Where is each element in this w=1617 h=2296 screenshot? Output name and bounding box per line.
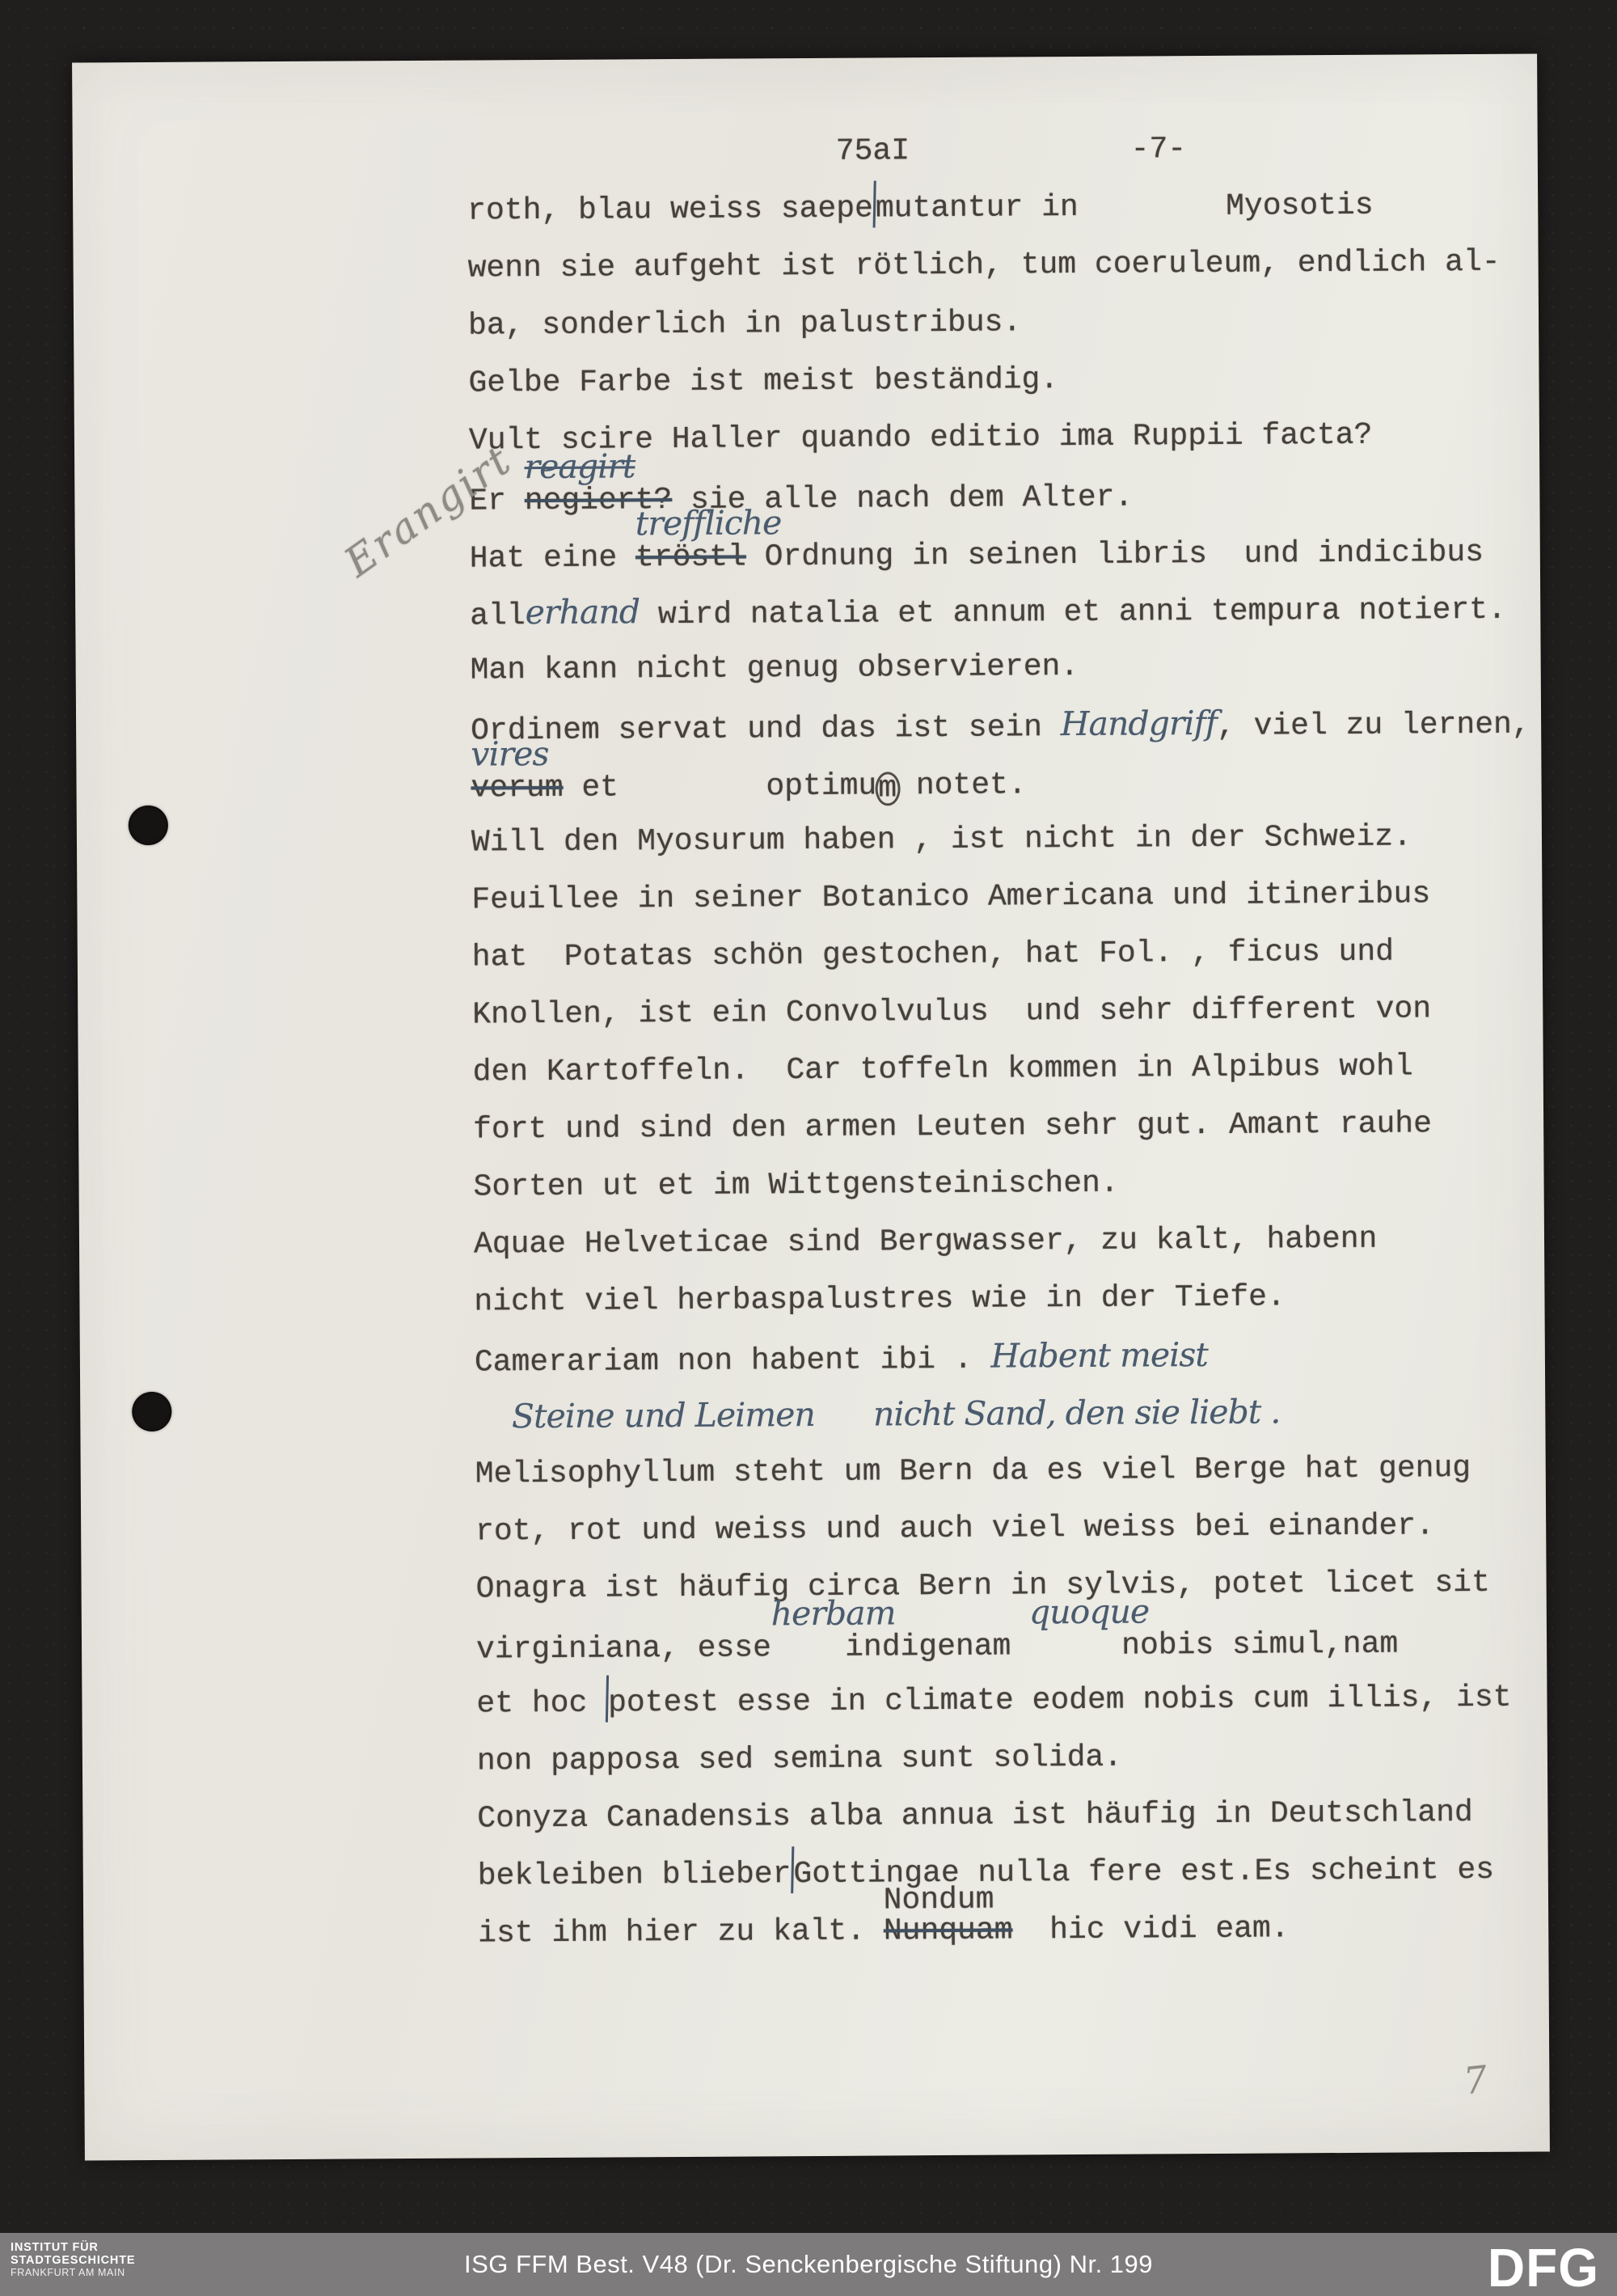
typed-text: fort und sind den armen Leuten sehr gut.… [473, 1106, 1432, 1147]
scanned-archive-page: { "colors": { "paper": "#e9e7e0", "backg… [0, 0, 1617, 2296]
archive-footer-bar: INSTITUT FÜR STADTGESCHICHTE FRANKFURT A… [0, 2233, 1617, 2296]
text-line: hat Potatas schön gestochen, hat Fol. , … [472, 923, 1532, 987]
typed-text: Knollen, ist ein Convolvulus und sehr di… [472, 992, 1431, 1032]
text-line: virginiana, esseherbam indigenam quoque … [476, 1612, 1536, 1676]
pencil-page-number: 7 [1461, 2057, 1489, 2104]
typed-text: roth, blau weiss saepe [467, 192, 873, 229]
text-line: Will den Myosurum haben , ist nicht in d… [471, 808, 1531, 872]
typed-text: Melisophyllum steht um Bern da es viel B… [475, 1451, 1471, 1492]
typed-text: Feuillee in seiner Botanico Americana un… [471, 877, 1430, 917]
text-line: rot, rot und weiss und auch viel weiss b… [475, 1497, 1535, 1561]
text-line: nicht viel herbaspalustres wie in der Ti… [474, 1267, 1534, 1331]
text-line: Melisophyllum steht um Bern da es viel B… [475, 1440, 1535, 1503]
typed-text: Hat eine [470, 540, 635, 576]
document-paper: 75aI -7-roth, blau weiss saepemutantur i… [72, 53, 1550, 2160]
text-line: den Kartoffeln. Car toffeln kommen in Al… [473, 1038, 1533, 1101]
text-line: Knollen, ist ein Convolvulus und sehr di… [472, 980, 1532, 1044]
text-line: Er reagirtnegiert? sie alle nach dem Alt… [469, 463, 1529, 527]
typed-text: nobis simul,nam [1029, 1627, 1398, 1664]
typed-text: all [470, 598, 526, 633]
text-line: Gelbe Farbe ist meist beständig. [468, 349, 1528, 412]
typed-text: Will den Myosurum haben , ist nicht in d… [471, 819, 1412, 860]
typed-text: Ordnung in seinen libris und indicibus [746, 535, 1484, 575]
typed-text: bekleiben blieber [478, 1857, 792, 1893]
typed-text: ba, sonderlich in palustribus. [468, 305, 1021, 343]
typed-text: 75aI -7- [467, 132, 1187, 171]
text-line: wenn sie aufgeht ist rötlich, tum coerul… [467, 234, 1527, 298]
typed-text: et hoc [476, 1686, 606, 1722]
typed-text: Man kann nicht genug observieren. [471, 649, 1079, 688]
typed-text: ist ihm hier zu kalt. [478, 1913, 884, 1951]
typed-text: rot, rot und weiss und auch viel weiss b… [475, 1508, 1434, 1549]
typed-text: Conyza Canadensis alba annua ist häufig … [477, 1795, 1473, 1837]
ink-handwriting: erhand [526, 592, 640, 632]
text-line: ba, sonderlich in palustribus. [468, 291, 1528, 355]
text-line: ist ihm hier zu kalt. NondumNunquam hic … [478, 1899, 1538, 1963]
typed-text-struck: Nunquam [884, 1913, 1013, 1948]
text-line: Aquae Helveticae sind Bergwasser, zu kal… [474, 1210, 1534, 1274]
typed-text: , viel zu lernen, [1217, 708, 1530, 744]
typed-text-block: 75aI -7-roth, blau weiss saepemutantur i… [467, 119, 1538, 1963]
typed-text: wird natalia et annum et anni tempura no… [640, 593, 1506, 633]
typed-text: Ordinem servat und das ist sein [471, 710, 1061, 748]
typed-text: virginiana, esse [476, 1630, 771, 1667]
text-line: fort und sind den armen Leuten sehr gut.… [473, 1095, 1533, 1159]
typed-text: notet. [897, 767, 1027, 803]
text-line: viresverum et optimum notet. [471, 751, 1530, 814]
ink-handwriting: Steine und Leimen nicht Sand, den sie li… [512, 1392, 1281, 1436]
typed-text: non papposa sed semina sunt solida. [477, 1740, 1122, 1779]
text-line: 75aI -7- [467, 119, 1527, 183]
typed-text-struck: tröstl [635, 539, 746, 575]
text-line: roth, blau weiss saepemutantur in Myosot… [467, 176, 1527, 240]
typed-text: Aquae Helveticae sind Bergwasser, zu kal… [474, 1222, 1378, 1262]
typed-text [475, 1402, 512, 1437]
typed-text: mutantur in Myosotis [876, 188, 1374, 226]
punch-hole-top [129, 806, 168, 845]
text-line: Man kann nicht genug observieren. [470, 636, 1530, 700]
archive-reference-caption: ISG FFM Best. V48 (Dr. Senckenbergische … [0, 2233, 1617, 2296]
text-line: Feuillee in seiner Botanico Americana un… [471, 865, 1531, 929]
dfg-logo: DFG [1488, 2236, 1599, 2296]
text-line: Sorten ut et im Wittgensteinischen. [473, 1152, 1533, 1216]
typed-text-struck: verum [471, 771, 563, 806]
typed-text: Sorten ut et im Wittgensteinischen. [473, 1166, 1118, 1205]
typed-text: wenn sie aufgeht ist rötlich, tum coerul… [468, 245, 1501, 286]
ink-handwriting: Habent meist [990, 1335, 1208, 1376]
punch-hole-bottom [132, 1392, 171, 1431]
typed-text: Onagra ist häufig circa Bern in sylvis, … [476, 1566, 1490, 1607]
typed-text: et optimu [563, 768, 876, 805]
typed-text: Camerariam non habent ibi . [475, 1343, 991, 1381]
text-line: Ordinem servat und das ist sein Handgrif… [471, 693, 1530, 757]
text-line: Onagra ist häufig circa Bern in sylvis, … [475, 1554, 1535, 1618]
typed-text: potest esse in climate eodem nobis cum i… [608, 1681, 1512, 1721]
ink-handwriting: Handgriff [1061, 704, 1217, 743]
text-line: allerhand wird natalia et annum et anni … [470, 578, 1530, 642]
text-line: non papposa sed semina sunt solida. [477, 1727, 1537, 1791]
text-line: Hat eine trefflichetröstl Ordnung in sei… [470, 521, 1530, 585]
text-line: Steine und Leimen nicht Sand, den sie li… [475, 1382, 1535, 1446]
typed-char-circled: m [875, 772, 900, 806]
ink-vertical-stroke [606, 1676, 609, 1723]
text-line: Camerariam non habent ibi . Habent meist [475, 1325, 1535, 1389]
typed-text: Gelbe Farbe ist meist beständig. [468, 362, 1058, 400]
text-line: Conyza Canadensis alba annua ist häufig … [477, 1784, 1537, 1848]
typed-text: hic vidi eam. [1012, 1911, 1289, 1947]
typed-text: den Kartoffeln. Car toffeln kommen in Al… [473, 1049, 1413, 1089]
typed-text: indigenam [771, 1629, 1030, 1665]
text-line: bekleiben blieberGottingae nulla fere es… [478, 1841, 1538, 1905]
typed-text: hat Potatas schön gestochen, hat Fol. , … [472, 935, 1394, 975]
typed-text: nicht viel herbaspalustres wie in der Ti… [474, 1279, 1286, 1319]
text-line: et hoc potest esse in climate eodem nobi… [476, 1669, 1536, 1733]
